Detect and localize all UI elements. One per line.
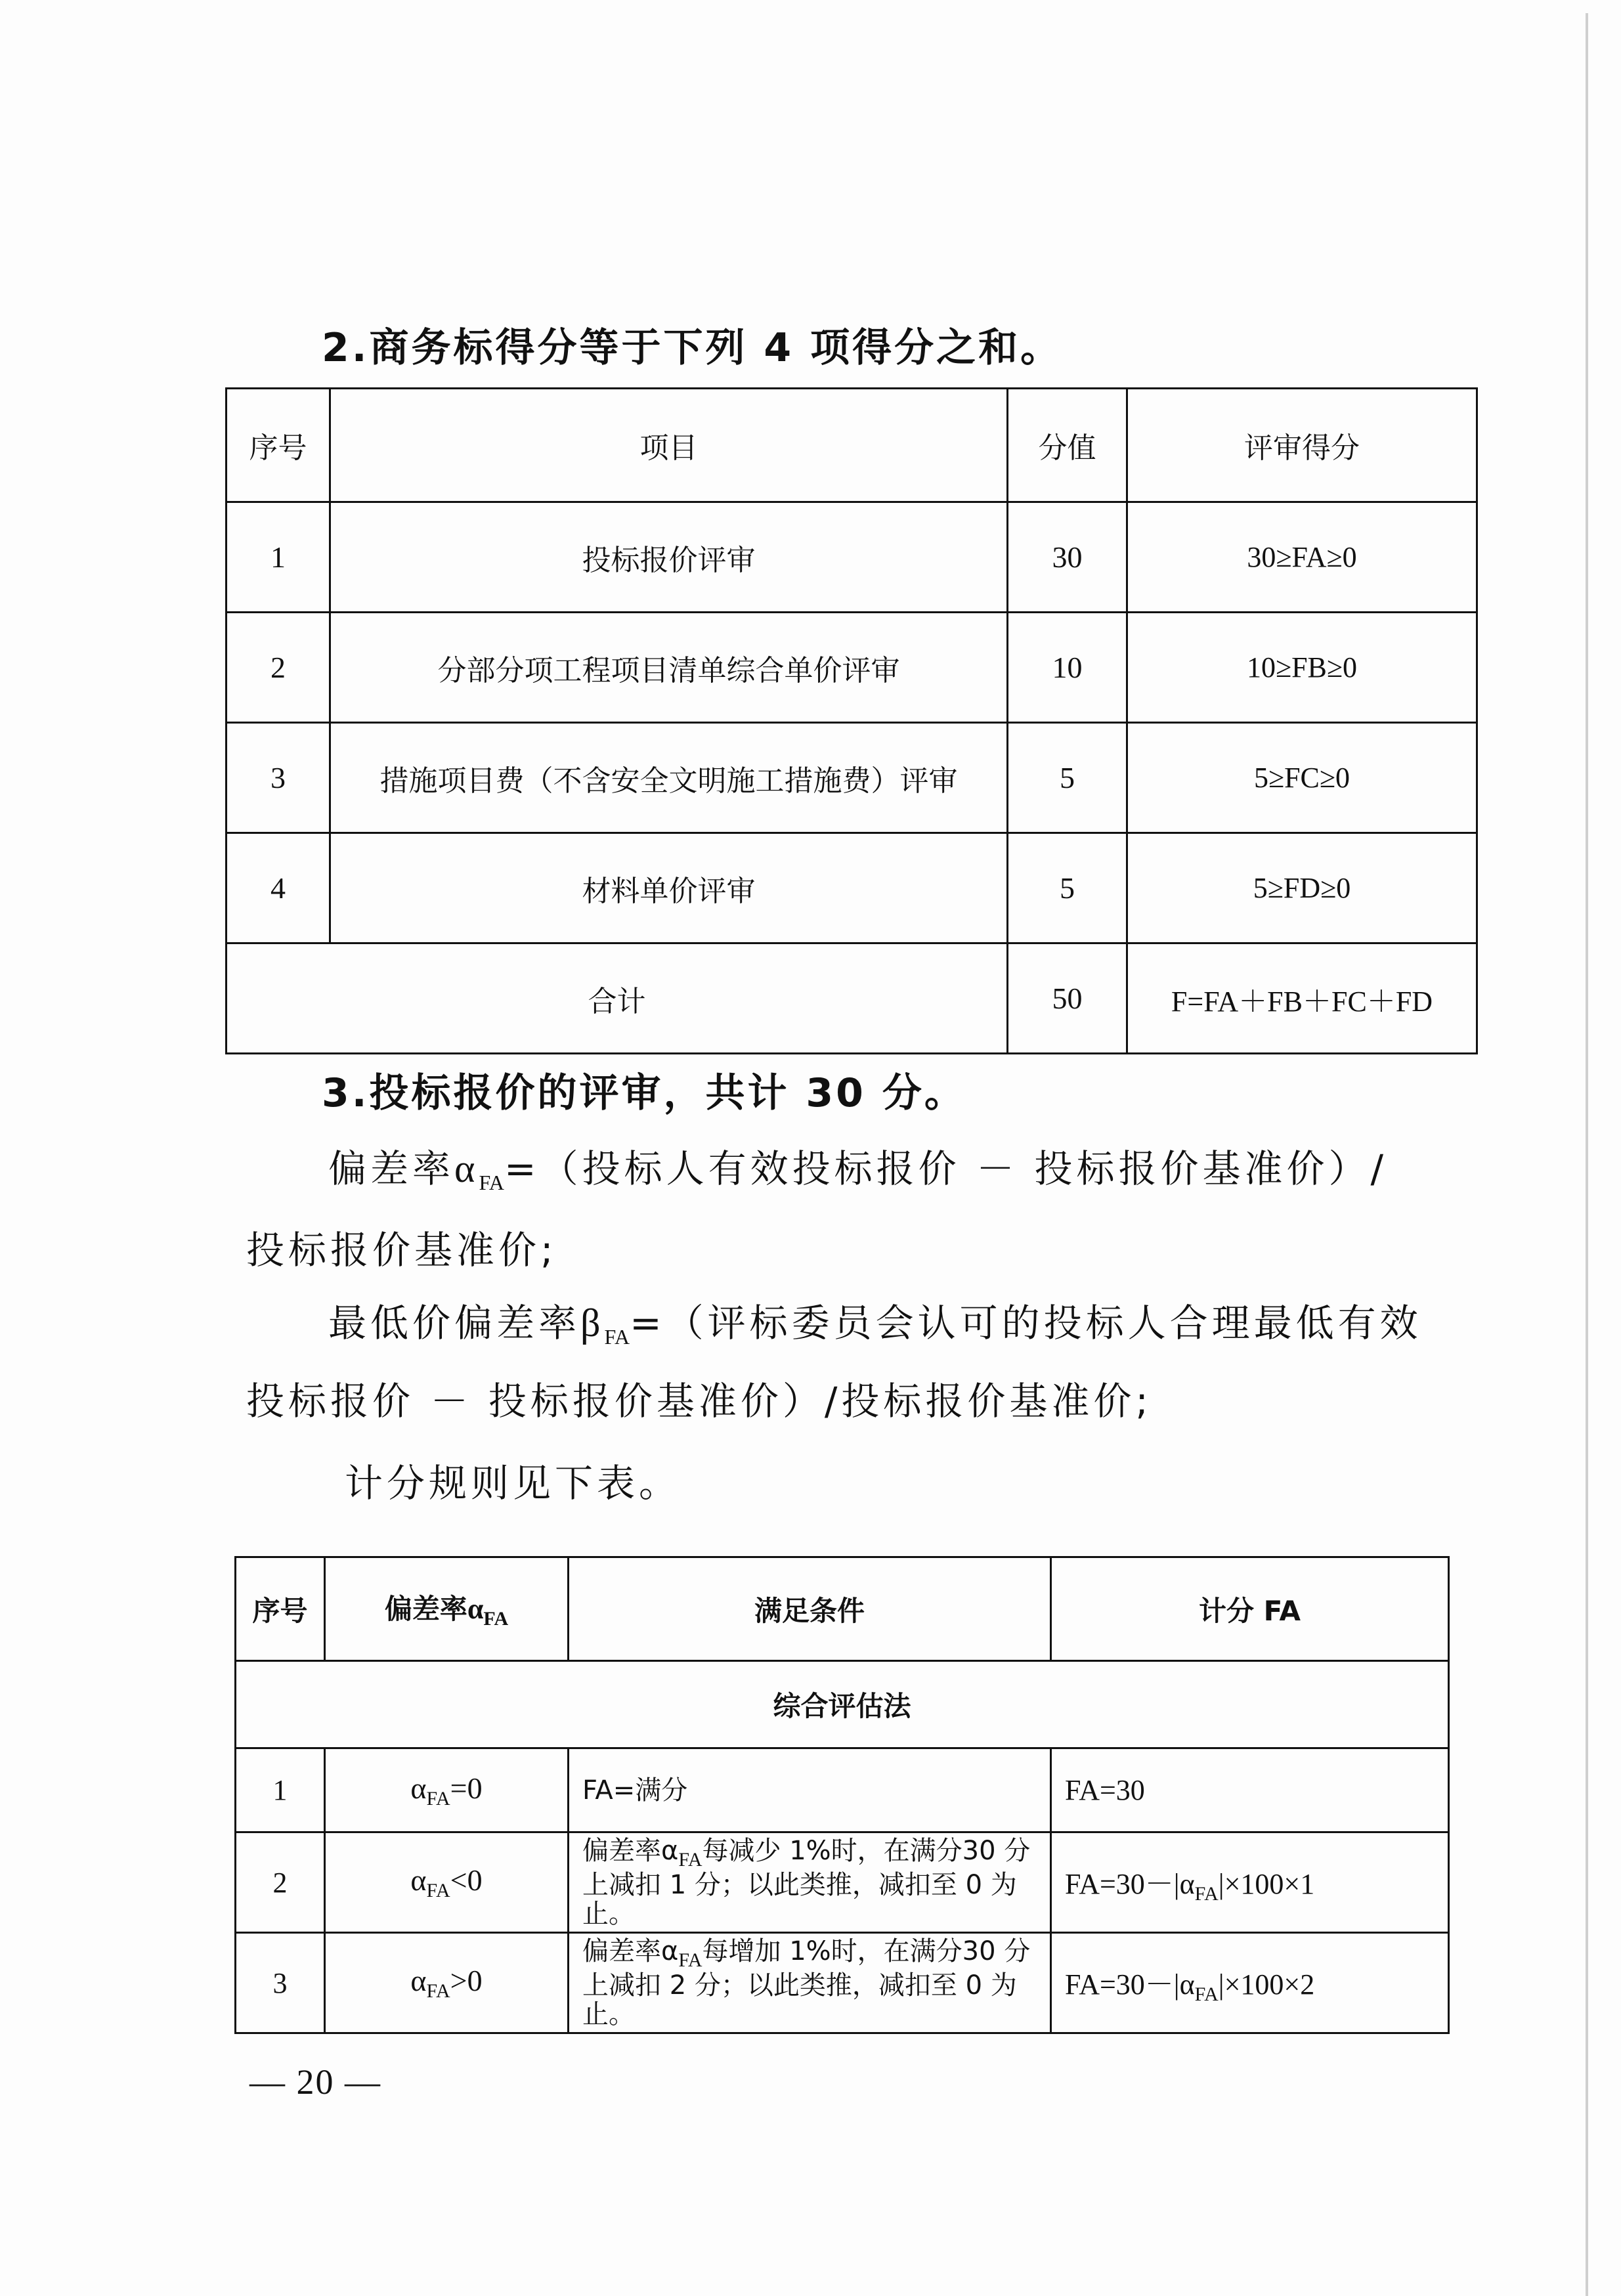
alpha-subscript: FA: [1195, 1983, 1219, 2005]
table-row: 2 αFA<0 偏差率αFA每减少 1%时，在满分30 分上减扣 1 分；以此类…: [236, 1832, 1449, 1933]
table-header-row: 序号 项目 分值 评审得分: [227, 389, 1477, 502]
beta-definition-line1: 最低价偏差率βFA=（评标委员会认可的投标人合理最低有效: [328, 1303, 1422, 1347]
row-item: 材料单价评审: [330, 833, 1008, 943]
row-index: 3: [236, 1933, 325, 2033]
beta-prefix: 最低价偏差率: [328, 1301, 580, 1345]
rate-relation: >0: [450, 1964, 483, 1997]
alpha-subscript: FA: [483, 1608, 508, 1630]
alpha-subscript: FA: [479, 1171, 504, 1194]
alpha-symbol: α: [1180, 1868, 1195, 1900]
row-score: FA=30－|αFA|×100×1: [1051, 1832, 1449, 1933]
beta-formula: =（评标委员会认可的投标人合理最低有效: [630, 1301, 1422, 1345]
header-item: 项目: [330, 389, 1008, 502]
beta-subscript: FA: [605, 1325, 630, 1349]
row-score: 5≥FD≥0: [1127, 833, 1477, 943]
row-index: 2: [236, 1832, 325, 1933]
row-rate: αFA<0: [325, 1832, 569, 1933]
header-index: 序号: [227, 389, 330, 502]
score-prefix: FA=30－|: [1065, 1968, 1180, 2001]
alpha-subscript: FA: [678, 1949, 702, 1971]
alpha-formula: =（投标人有效投标报价 － 投标报价基准价）/: [504, 1146, 1387, 1191]
bid-price-scoring-table: 序号 偏差率αFA 满足条件 计分 FA 综合评估法 1 αFA=0 FA=满分…: [234, 1556, 1450, 2034]
row-index: 1: [227, 502, 330, 613]
row-points: 5: [1008, 833, 1127, 943]
condition-prefix: 偏差率: [582, 1836, 661, 1866]
table-row: 3 αFA>0 偏差率αFA每增加 1%时，在满分30 分上减扣 2 分；以此类…: [236, 1933, 1449, 2033]
header-rate-label: 偏差率: [385, 1593, 467, 1625]
header-score: 评审得分: [1127, 389, 1477, 502]
row-points: 30: [1008, 502, 1127, 613]
alpha-subscript: FA: [678, 1849, 702, 1871]
table-total-row: 合计 50 F=FA＋FB＋FC＋FD: [227, 943, 1477, 1054]
row-rate: αFA>0: [325, 1933, 569, 2033]
page-edge-line: [1586, 13, 1588, 2296]
rate-relation: =0: [450, 1771, 483, 1805]
header-index: 序号: [236, 1557, 325, 1661]
alpha-definition-line1: 偏差率αFA=（投标人有效投标报价 － 投标报价基准价）/: [328, 1149, 1387, 1193]
alpha-subscript: FA: [427, 1880, 450, 1901]
alpha-definition-line2: 投标报价基准价;: [246, 1231, 557, 1269]
row-item: 措施项目费（不含安全文明施工措施费）评审: [330, 723, 1008, 833]
total-label: 合计: [227, 943, 1008, 1054]
alpha-symbol: α: [410, 1964, 426, 1997]
alpha-symbol: α: [661, 1936, 678, 1966]
row-condition: 偏差率αFA每减少 1%时，在满分30 分上减扣 1 分；以此类推，减扣至 0 …: [569, 1832, 1051, 1933]
header-deviation-rate: 偏差率αFA: [325, 1557, 569, 1661]
row-points: 10: [1008, 613, 1127, 723]
row-index: 1: [236, 1748, 325, 1832]
rule-note: 计分规则见下表。: [345, 1464, 681, 1502]
alpha-subscript: FA: [1195, 1883, 1219, 1905]
row-score: 30≥FA≥0: [1127, 502, 1477, 613]
rate-relation: <0: [450, 1863, 483, 1897]
alpha-prefix: 偏差率: [328, 1146, 454, 1191]
row-score: 5≥FC≥0: [1127, 723, 1477, 833]
condition-prefix: 偏差率: [582, 1936, 661, 1966]
alpha-symbol: α: [454, 1147, 479, 1190]
score-suffix: |×100×2: [1219, 1968, 1314, 2001]
row-rate: αFA=0: [325, 1748, 569, 1832]
alpha-subscript: FA: [427, 1788, 450, 1809]
score-suffix: |×100×1: [1219, 1868, 1314, 1900]
total-points: 50: [1008, 943, 1127, 1054]
row-item: 投标报价评审: [330, 502, 1008, 613]
header-condition: 满足条件: [569, 1557, 1051, 1661]
method-label: 综合评估法: [236, 1661, 1449, 1748]
beta-definition-line2: 投标报价 － 投标报价基准价）/投标报价基准价;: [246, 1382, 1152, 1420]
table-row: 2 分部分项工程项目清单综合单价评审 10 10≥FB≥0: [227, 613, 1477, 723]
section-3-heading: 3.投标报价的评审，共计 30 分。: [322, 1073, 966, 1113]
row-score: 10≥FB≥0: [1127, 613, 1477, 723]
row-condition: FA=满分: [569, 1748, 1051, 1832]
table-row: 1 αFA=0 FA=满分 FA=30: [236, 1748, 1449, 1832]
business-score-table: 序号 项目 分值 评审得分 1 投标报价评审 30 30≥FA≥0 2 分部分项…: [225, 387, 1478, 1054]
row-condition: 偏差率αFA每增加 1%时，在满分30 分上减扣 2 分；以此类推，减扣至 0 …: [569, 1933, 1051, 2033]
row-index: 3: [227, 723, 330, 833]
row-score: FA=30: [1051, 1748, 1449, 1832]
table-row: 3 措施项目费（不含安全文明施工措施费）评审 5 5≥FC≥0: [227, 723, 1477, 833]
table-row: 1 投标报价评审 30 30≥FA≥0: [227, 502, 1477, 613]
alpha-subscript: FA: [427, 1980, 450, 2002]
row-index: 2: [227, 613, 330, 723]
alpha-symbol: α: [467, 1593, 484, 1625]
row-score: FA=30－|αFA|×100×2: [1051, 1933, 1449, 2033]
header-score: 计分 FA: [1051, 1557, 1449, 1661]
row-item: 分部分项工程项目清单综合单价评审: [330, 613, 1008, 723]
table-row: 4 材料单价评审 5 5≥FD≥0: [227, 833, 1477, 943]
method-row: 综合评估法: [236, 1661, 1449, 1748]
beta-symbol: β: [580, 1301, 605, 1345]
table-header-row: 序号 偏差率αFA 满足条件 计分 FA: [236, 1557, 1449, 1661]
score-prefix: FA=30－|: [1065, 1868, 1180, 1900]
total-formula: F=FA＋FB＋FC＋FD: [1127, 943, 1477, 1054]
alpha-symbol: α: [661, 1836, 678, 1866]
row-points: 5: [1008, 723, 1127, 833]
alpha-symbol: α: [1180, 1968, 1195, 2001]
header-points: 分值: [1008, 389, 1127, 502]
row-index: 4: [227, 833, 330, 943]
alpha-symbol: α: [410, 1771, 426, 1805]
page-number: — 20 —: [249, 2062, 381, 2102]
section-2-heading: 2.商务标得分等于下列 4 项得分之和。: [322, 328, 1062, 368]
alpha-symbol: α: [410, 1863, 426, 1897]
